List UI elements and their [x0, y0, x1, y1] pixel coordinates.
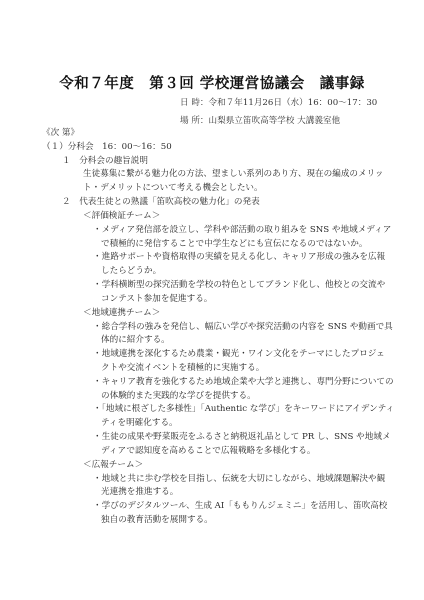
document-title: 令和７年度 第３回 学校運営協議会 議事録 [0, 72, 424, 93]
meeting-datetime: 日 時：令和７年11月26日（水）16：00～17：30 [180, 96, 377, 108]
item-1-heading: １ 分科会の趣旨説明 [62, 155, 148, 167]
bullet-line: 光連携を推進する。 [101, 486, 178, 498]
bullet-line: ・総合学科の強みを発信し、幅広い学びや探究活動の内容を SNS や動画で具 [93, 321, 393, 333]
bullet-line: ・生徒の成果や野菜販売をふるさと納税返礼品として PR し、SNS や地域メ [93, 431, 391, 443]
bullet-line: ・地域と共に歩む学校を目指し、伝統を大切にしながら、地域課題解決や観 [93, 473, 385, 485]
document-page: 令和７年度 第３回 学校運営協議会 議事録 日 時：令和７年11月26日（水）1… [0, 0, 424, 600]
bullet-line: クトや交流イベントを積極的に実施する。 [101, 362, 264, 374]
bullet-line: したらどうか。 [101, 265, 161, 277]
bullet-line: コンテスト参加を促進する。 [101, 293, 212, 305]
team-heading: ＜地域連携チーム＞ [83, 307, 160, 319]
bullet-line: ・キャリア教育を強化するため地域企業や大学と連携し、専門分野についての [93, 376, 394, 388]
bullet-line: で積極的に発信することで中学生などにも宣伝になるのではないか。 [101, 238, 367, 250]
bullet-line: ディアで認知度を高めることで広報戦略を多様化する。 [101, 445, 315, 457]
item-2-heading: ２ 代表生徒との熟議「笛吹高校の魅力化」の発表 [62, 196, 260, 208]
bullet-line: ・「地域に根ざした多様性」「Authentic な学び」をキーワードにアイデンテ… [93, 403, 394, 415]
bullet-line: 独自の教育活動を展開する。 [101, 514, 213, 526]
bullet-line: ・進路サポートや資格取得の実績を見える化し、キャリア形成の強みを広報 [93, 251, 385, 263]
agenda-label: 《次 第》 [42, 127, 79, 139]
section-1-heading: （１）分科会 16：00～16：50 [42, 141, 172, 153]
bullet-line: 体的に紹介する。 [101, 334, 170, 346]
meeting-place: 場 所：山梨県立笛吹高等学校 大講義室他 [180, 114, 340, 126]
item-1-text-line: ト・デメリットについて考える機会としたい。 [83, 182, 263, 194]
bullet-line: ・学びのデジタルツール、生成 AI「ももりんジェミニ」を活用し、笛吹高校 [93, 500, 387, 512]
bullet-line: の体験的また実践的な学びを提供する。 [101, 390, 256, 402]
bullet-line: ティを明確化する。 [101, 417, 178, 429]
item-1-text-line: 生徒募集に繋がる魅力化の方法、望ましい系列のあり方、現在の編成のメリッ [83, 168, 383, 180]
bullet-line: ・メディア発信部を設立し、学科や部活動の取り組みを SNS や地域メディア [93, 224, 391, 236]
team-heading: ＜広報チーム＞ [83, 459, 143, 471]
bullet-line: ・学科横断型の探究活動を学校の特色としてブランド化し、他校との交流や [93, 279, 385, 291]
team-heading: ＜評価検証チーム＞ [83, 210, 160, 222]
bullet-line: ・地域連携を深化するため農業・観光・ワイン文化をテーマにしたプロジェ [93, 348, 385, 360]
